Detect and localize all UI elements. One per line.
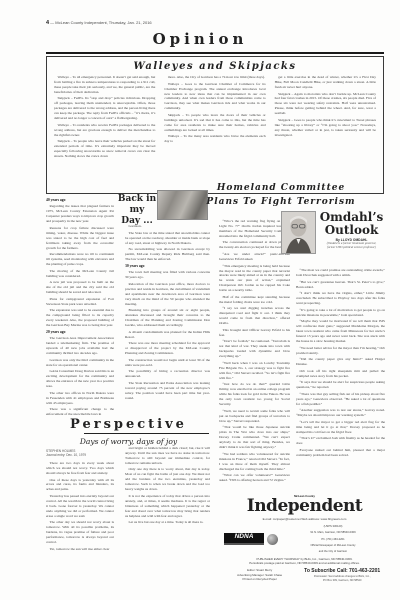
paragraph: more. Also, the City of Garrison has a 7… [164,75,265,80]
walleyes-col-3: get a little exercise in the dead of win… [275,75,376,189]
paragraph: “The most we could promise are outstandi… [296,268,385,278]
paragraph: Ph. (701) 463-2201 [281,538,385,542]
paragraph: The Garrison Area Improvement Associatio… [46,336,114,356]
paragraph: Garrison was only the third community in… [46,358,114,368]
paragraph: Skipjack – Goes to people who think it’s… [275,118,376,138]
walleyes-columns: Walleye – To all emergency personnel. It… [54,75,376,189]
column-heading: 40 years ago [46,198,114,203]
paragraph: The expansion was said to be essential d… [46,308,114,328]
paragraph: Printed on Recycled Paper [224,577,295,581]
paragraph: “Who’s the red warning flag flying on St… [219,219,290,239]
paragraph: The other two offices in North Dakota we… [46,391,114,406]
paragraph: Walleye – To residents who receive FedEx… [54,123,155,138]
masthead-contact: E-mail: mcipaper@restel.net Web address:… [224,517,385,521]
paragraph: Skipjack – Again to motorists who don’t … [275,92,376,117]
walleyes-skipjacks-box: Walleyes and Skipjacks Walleye – To all … [46,56,384,194]
paragraph: “It says that we should be alert for sus… [296,380,385,390]
perspective-rule [84,433,209,434]
paragraph: Garrison. [125,224,210,229]
paragraph: Half of the committee kept standing beca… [219,295,290,305]
ndna-logo: NDNA [224,533,264,545]
paragraph: The State Recreation and Parks Associati… [125,381,210,401]
paragraph: “Another suggestion was to test our sire… [296,408,385,418]
paragraph: Only one day there is to worry about, th… [125,467,210,492]
omdahl-title-line1: Omdahl’s [318,211,385,224]
walleyes-col-2: more. Also, the City of Garrison has a 7… [164,75,265,189]
homeland-title: Homeland Committee Plans To Fight Terror… [192,182,370,210]
paragraph: “Well heck when I was on Lonchy Township… [219,361,290,381]
perspective-byline: STEPHEN HOLMES Journal entry: Dec. 10, 1… [46,449,114,458]
masthead-logo-row: NDNA (USPS 330120)91 N. Main, Garrison, … [224,523,385,557]
paragraph: “Let’s tell the mayor to get a bigger re… [296,420,385,435]
paragraph: (USPS 330120) [281,525,385,529]
paragraph: A new jail was proposed to be built on t… [46,280,114,295]
masthead-published: PUBLISHED EVERY THURSDAY by BHG, Inc., G… [224,558,385,566]
paragraph: Plans for campground expansion of Fort S… [46,297,114,307]
paragraph: Everyone rushed out behind him, pleased … [296,448,385,458]
paragraph: Walleye – Goes to the Garrison Chamber o… [164,82,265,112]
paragraph: Recommendations were no till to continuu… [46,252,114,267]
perspective-byline-entry: Journal entry: Dec. 10, 1979 [46,453,114,457]
perspective-col-2: and bright or hidden behind a dark cloud… [125,446,210,567]
paragraph: Yet, tomorrow the sun will rise either c… [46,547,114,552]
subscribe-line: To Subscribe Call: 701-463-2201 [299,568,385,574]
column-heading: 30 years ago [125,264,210,269]
paragraph: 91 N. Main, Garrison, ND 58540-0309 [281,531,385,535]
paragraph: The other day we should not worry about … [46,520,114,545]
paragraph: “Maybe they would be motivated if we tel… [296,319,385,344]
newspaper-page: 4 — McLean County Independent, Thursday,… [0,0,400,600]
masthead-info: (USPS 330120)91 N. Main, Garrison, ND 58… [281,523,385,557]
homeland-title-line2: Plans To Fight Terrorism [192,196,370,210]
walleyes-col-1: Walleye – To all emergency personnel. It… [54,75,155,189]
omdahl-credit-line2: former UND political science professor) [318,246,385,250]
postmaster-note: Postmaster: Send address changes to BHG,… [299,575,385,582]
column-heading: 20 years ago [46,330,114,335]
paragraph: “This emergency meeting is being held be… [219,264,290,294]
paragraph: The conversation continued at down pitch… [219,240,290,250]
paragraph: Skipjack – FedEx. Its “stop and drop” po… [54,96,155,121]
paragraph: Orb took off his right sheepskin mitt an… [296,369,385,379]
homeland-col-1: “Who’s the red warning flag flying on St… [219,219,290,499]
omdahl-portrait [281,211,316,254]
paragraph: Let us live but one day at a time. Today… [125,520,210,525]
paragraph: The moving of the McLean County Jail bui… [46,269,114,279]
paragraph: Relocation of the Garrison post office, … [125,282,210,307]
paragraph: “I don’t think we have the virgins, eith… [296,291,385,306]
perspective-title: Perspective [46,417,211,432]
back-in-day-col-2: Garrison.The State law at the time state… [125,224,210,418]
edition-line: 4 — McLean County Independent, Thursday,… [46,20,152,26]
paragraph: Walleye – To all emergency personnel. It… [54,75,155,95]
paragraph: and the City of Garrison [281,550,385,554]
omdahl-heading: Omdahl’s Outlook By LLOYD OMDAHL (Omdahl… [318,211,385,254]
perspective-subtitle: Days of worry, days of joy [46,437,211,446]
paragraph: “We need better advice for the mayor tha… [296,346,385,356]
masthead-published-line2: Periodicals postage paid at Garrison, ND… [224,562,385,566]
omdahl-title-line2: Outlook [318,224,385,237]
paragraph: Skipjack – To people who leave their veh… [54,139,155,159]
paragraph: get a little exercise in the dead of win… [275,75,376,90]
paragraph: There was a significant change to the en… [46,407,114,417]
paragraph: The construction would not begin until a… [125,358,210,368]
paragraph: GAIA Consultant Doug Davton said this is… [46,369,114,389]
edition-text: — McLean County Independent, Thursday, J… [49,20,152,25]
back-in-my-day-title: Back in my Day ... [114,194,160,226]
masthead-subscribe-block: To Subscribe Call: 701-463-2201 Postmast… [299,568,385,582]
omdahl-title: Omdahl’s Outlook [318,211,385,236]
paragraph: “That would be like those Japanese suici… [219,425,290,450]
paragraph: “What can we offer volunteers?” Geneviev… [219,473,290,483]
paragraph: “That’s it!” exclaimed Josh with finalit… [296,436,385,446]
paragraph: Official Newspaper of McLean County [281,544,385,548]
paragraph: The possibility of hiring a recreation d… [125,369,210,379]
perspective-col-1: There are two days in every week about w… [46,461,114,567]
paragraph: There are two days in every week about w… [46,461,114,476]
homeland-title-line1: Homeland Committee [192,182,370,196]
omdahl-credit: (Omdahl is a former lieutenant governor,… [318,242,385,250]
paragraph: “We had soldiers who volunteered for sui… [219,452,290,472]
paragraph: “Don’t be foolish,” he cautioned. “Terro… [219,339,290,359]
eagle-seal-icon [267,534,278,545]
paragraph: Breaking into groups of around six or ei… [125,308,210,328]
masthead: McLean County Independent E-mail: mcipap… [224,494,385,582]
masthead-bottom-row: Editor: Stuart MerryAdvertising Manager:… [224,568,385,582]
paragraph: One of these days is yesterday with all … [46,478,114,493]
paragraph: “Just how do we do that?” queried Little… [219,382,290,407]
paragraph: “Did the county paper give any hints?” a… [296,357,385,367]
paragraph: It is not the experience of today that d… [125,494,210,519]
paragraph: No snowmobiling was allowed in Garrison … [125,247,210,262]
masthead-staff: Editor: Stuart MerryAdvertising Manager:… [224,568,295,582]
paragraph: Skipjack – To people who leave the doors… [164,113,265,133]
walleyes-title: Walleyes and Skipjacks [54,61,376,72]
header-rule [46,52,384,54]
paragraph: The State law at the time stated that sn… [125,231,210,246]
masthead-logo: Independent [224,498,385,515]
omdahl-outlook-box: Omdahl’s Outlook By LLOYD OMDAHL (Omdahl… [281,211,385,254]
paragraph: The town hall meeting was filled with va… [125,270,210,280]
paragraph: Walleye – To the many area residents who… [164,134,265,144]
paragraph: Regarding the issues that plagued farmer… [46,204,114,224]
paragraph: “But we can’t guarantee heaven. That’s S… [296,280,385,290]
paragraph: There was one more meeting scheduled for… [125,341,210,356]
paragraph: “There was that guy selling fish out of … [296,392,385,407]
paragraph: and bright or hidden behind a dark cloud… [125,446,210,466]
paragraph: “Are we under attack?” panic-stricken Ge… [219,252,290,262]
paragraph: “Well, we need to recruit some folks who… [219,409,290,424]
paragraph: A 40-unit condominium was planned for th… [125,330,210,340]
paragraph: Reasons for crop failure discussed were … [46,226,114,251]
perspective-header: Perspective Days of worry, days of joy [46,417,211,446]
paragraph: Yesterday has passed into eternity beyon… [46,494,114,519]
back-in-my-day-title-line1: Back in my [114,194,160,216]
paragraph: “I say we start digging trenches across … [219,306,290,326]
paragraph: This brought alert Officer Garvey Erfald… [219,328,290,338]
back-in-day-col-1: 40 years agoRegarding the issues that pl… [46,196,114,418]
section-title-opinion: Opinion [0,30,400,48]
paragraph: “It’s going to take a lot of motivation … [296,308,385,318]
postmaster-line2: PO Box 309, Garrison, ND 58540 [299,579,385,582]
homeland-col-2: “The most we could promise are outstandi… [296,268,385,494]
